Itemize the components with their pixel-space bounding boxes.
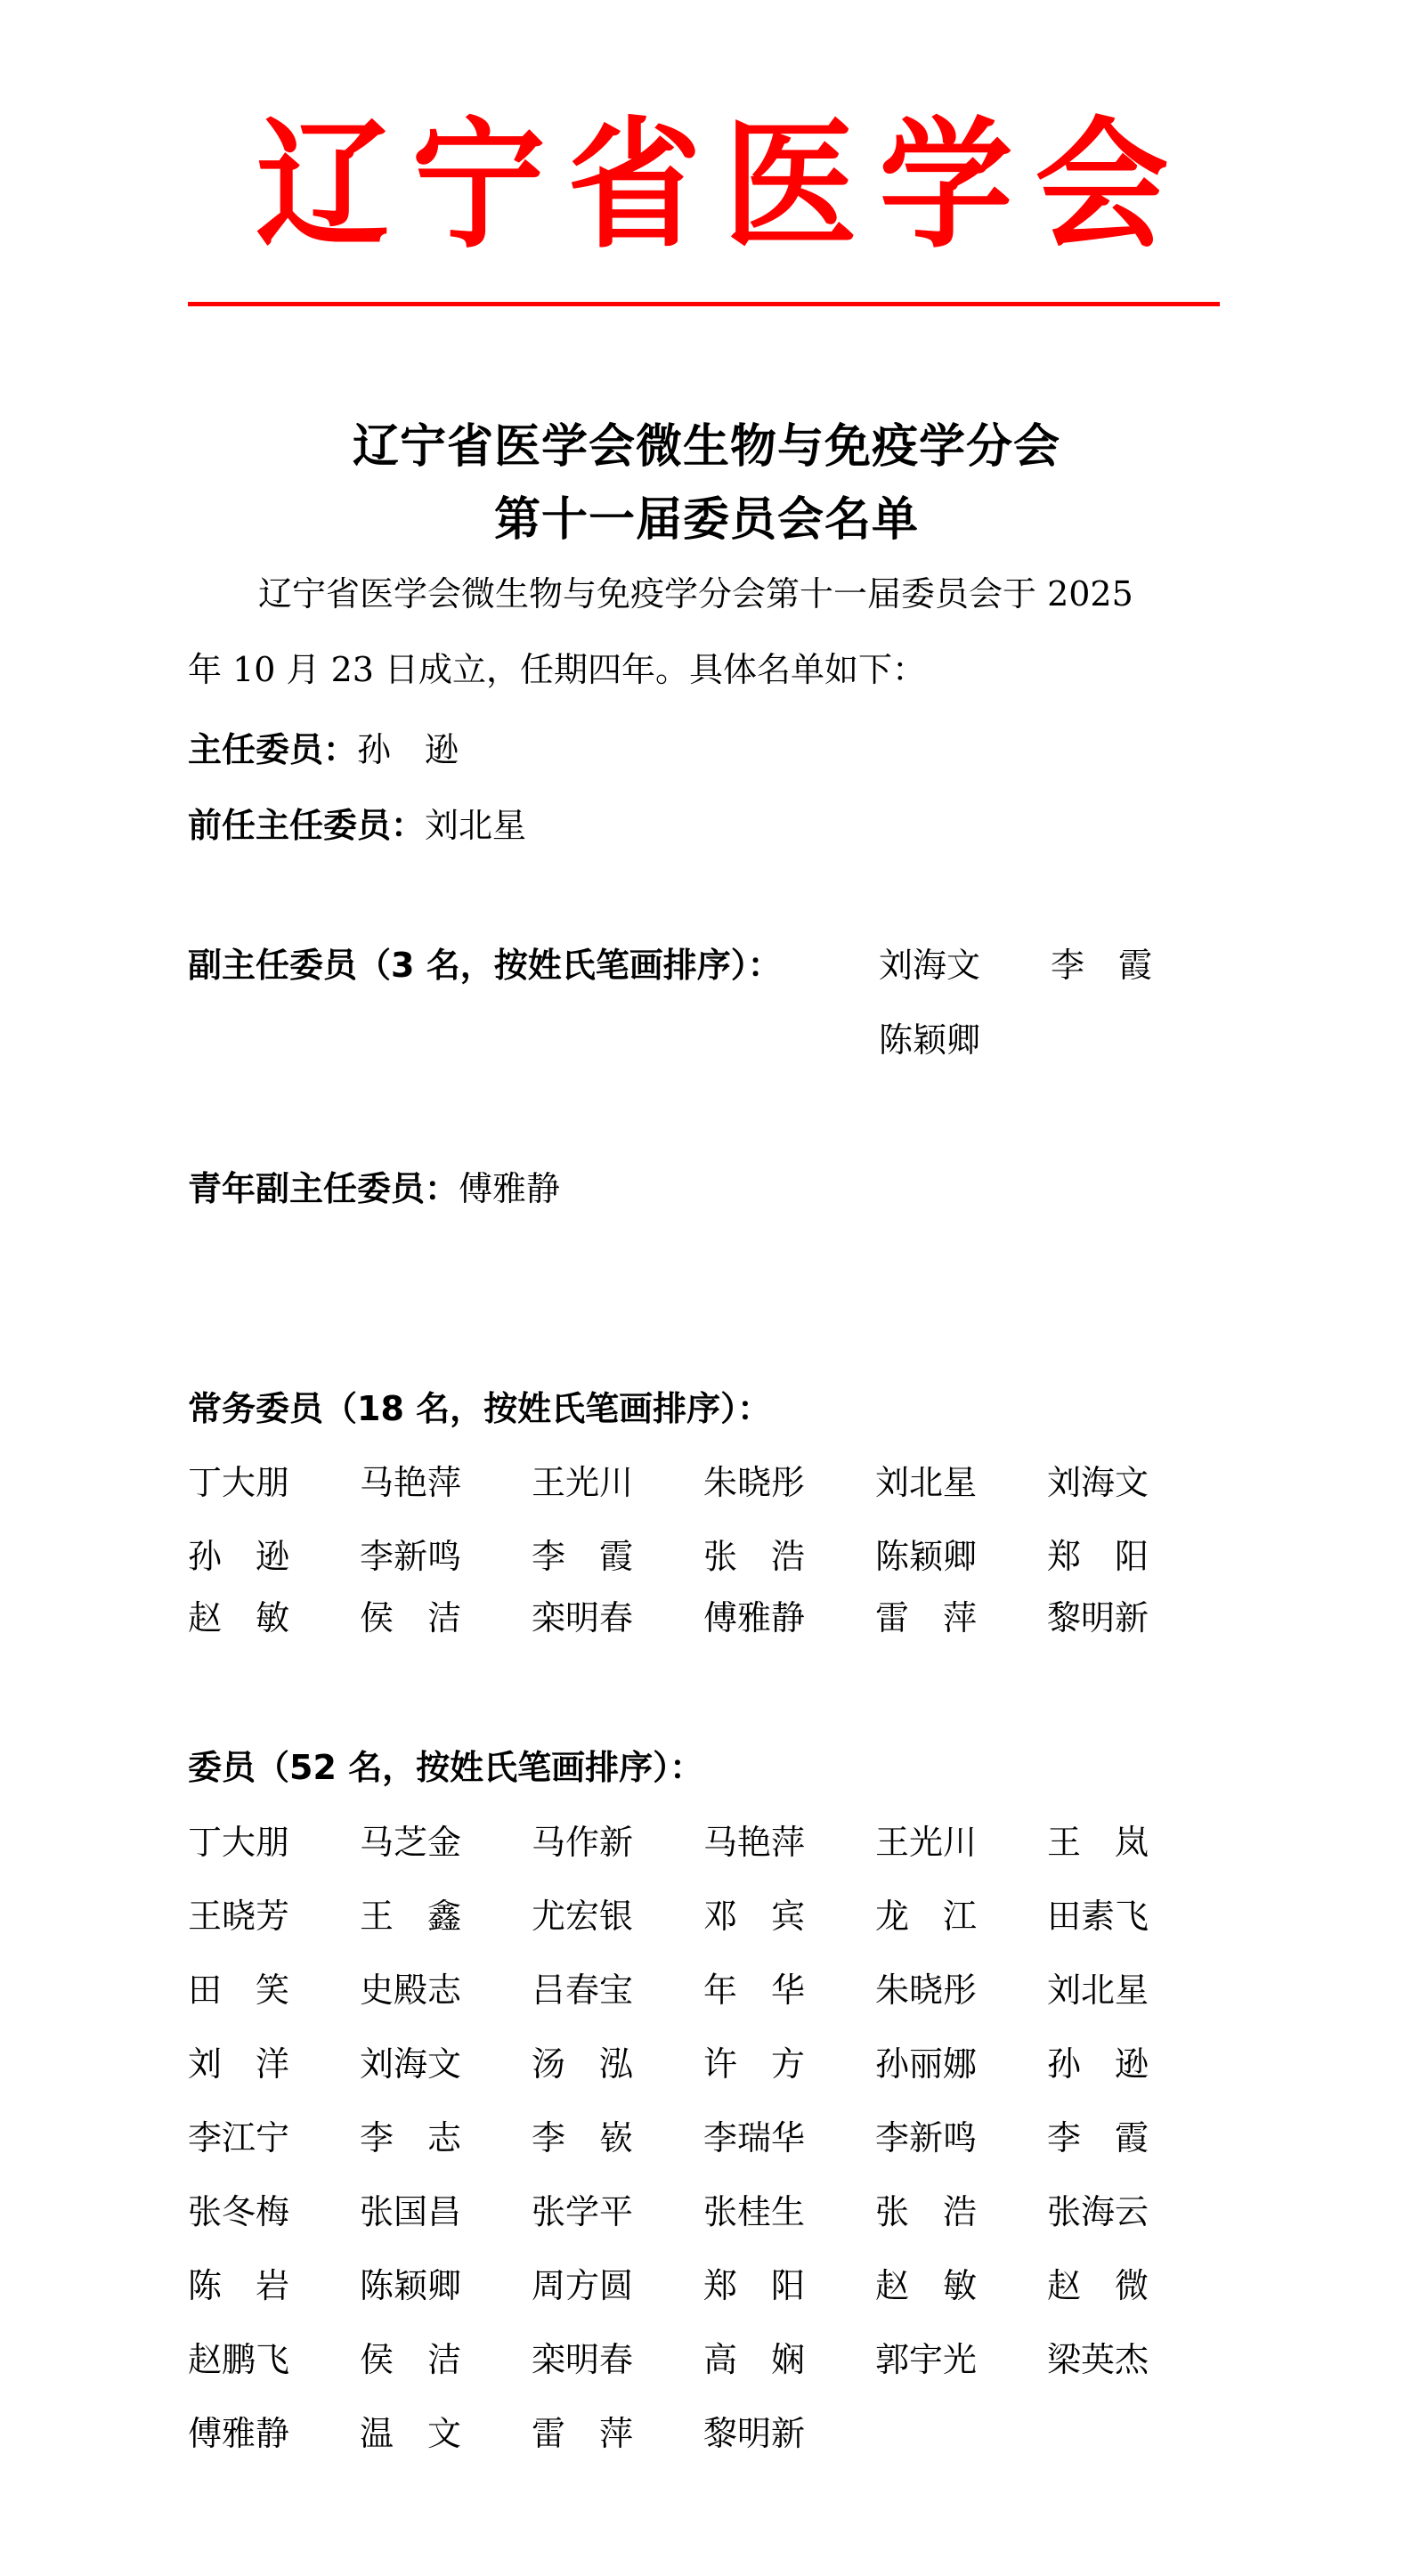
chair-name: 孙 逊 [357,730,459,769]
member-name: 赵鹏飞 [188,2340,330,2379]
member-name: 丁大朋 [188,1463,330,1502]
vice-chair-name: 刘海文 [879,946,980,985]
member-name: 栾明春 [532,2340,674,2379]
member-name: 张桂生 [703,2192,846,2231]
name-row: 陈 岩 陈颖卿 周方圆 郑 阳 赵 敏 赵 微 [188,2266,1256,2305]
document-title-line-2: 第十一届委员会名单 [0,488,1413,552]
standing-members-label-suffix: 名，按姓氏笔画排序）： [404,1388,771,1428]
standing-members-count: 18 [357,1389,404,1428]
member-name: 李 嵚 [532,2118,674,2158]
member-name: 黎明新 [1047,1598,1190,1637]
member-name: 张冬梅 [188,2192,330,2231]
member-name: 雷 萍 [532,2414,674,2453]
vice-chair-name: 李 霞 [1051,946,1152,985]
member-name: 侯 洁 [360,2340,502,2379]
member-name: 孙丽娜 [875,2044,1018,2084]
member-name: 李新鸣 [360,1537,502,1576]
name-row: 刘 洋 刘海文 汤 泓 许 方 孙丽娜 孙 逊 [188,2044,1256,2084]
intro-paragraph-line-1: 辽宁省医学会微生物与免疫学分会第十一届委员会于 2025 [258,574,1238,614]
member-name: 高 娴 [703,2340,846,2379]
member-name: 年 华 [703,1971,846,2010]
member-name: 朱晓彤 [703,1463,846,1502]
member-name: 吕春宝 [532,1971,674,2010]
vice-chairs-label-prefix: 副主任委员（ [188,945,391,985]
chair-label: 主任委员： [188,729,357,769]
member-name: 刘北星 [1047,1971,1190,2010]
name-row: 傅雅静 温 文 雷 萍 黎明新 [188,2414,1256,2453]
youth-vice-chair-row: 青年副主任委员：傅雅静 [188,1169,560,1208]
name-row: 丁大朋 马芝金 马作新 马艳萍 王光川 王 岚 [188,1823,1256,1862]
member-name: 王晓芳 [188,1897,330,1936]
members-label: 委员（52 名，按姓氏笔画排序）： [188,1747,703,1787]
member-name: 侯 洁 [360,1598,502,1637]
member-name: 丁大朋 [188,1823,330,1862]
masthead-char: 会 [1028,102,1175,270]
vice-chair-name: 陈颖卿 [879,1020,980,1060]
youth-vice-chair-label: 青年副主任委员： [188,1168,459,1208]
member-name: 刘海文 [360,2044,502,2084]
member-name: 马艳萍 [360,1463,502,1502]
masthead-char: 学 [873,102,1019,270]
masthead-divider [188,302,1220,306]
member-name: 马艳萍 [703,1823,846,1862]
member-name: 史殿志 [360,1971,502,2010]
member-name: 邓 宾 [703,1897,846,1936]
member-name: 李 志 [360,2118,502,2158]
youth-vice-chair-name: 傅雅静 [459,1169,560,1208]
member-name: 栾明春 [532,1598,674,1637]
masthead-char: 宁 [405,102,552,270]
name-row: 孙 逊 李新鸣 李 霞 张 浩 陈颖卿 郑 阳 [188,1537,1256,1576]
member-name: 朱晓彤 [875,1971,1018,2010]
vice-chairs-label: 副主任委员（3 名，按姓氏笔画排序）： [188,945,782,985]
former-chair-label: 前任主任委员： [188,805,425,845]
member-name: 傅雅静 [188,2414,330,2453]
masthead-logo-text: 辽 宁 省 医 学 会 [249,105,1175,265]
member-name: 刘海文 [1047,1463,1190,1502]
name-row: 王晓芳 王 鑫 尤宏银 邓 宾 龙 江 田素飞 [188,1897,1256,1936]
chair-row: 主任委员：孙 逊 [188,730,459,769]
member-name: 温 文 [360,2414,502,2453]
member-name: 张学平 [532,2192,674,2231]
member-name: 雷 萍 [875,1598,1018,1637]
member-name: 刘北星 [875,1463,1018,1502]
name-row: 赵鹏飞 侯 洁 栾明春 高 娴 郭宇光 梁英杰 [188,2340,1256,2379]
member-name: 李江宁 [188,2118,330,2158]
member-name: 马作新 [532,1823,674,1862]
member-name: 王光川 [875,1823,1018,1862]
name-row: 赵 敏 侯 洁 栾明春 傅雅静 雷 萍 黎明新 [188,1598,1256,1637]
member-name: 李瑞华 [703,2118,846,2158]
member-name: 张国昌 [360,2192,502,2231]
member-name: 郑 阳 [1047,1537,1190,1576]
masthead-char: 医 [717,102,864,270]
member-name: 田 笑 [188,1971,330,2010]
name-row: 丁大朋 马艳萍 王光川 朱晓彤 刘北星 刘海文 [188,1463,1256,1502]
former-chair-name: 刘北星 [425,806,526,845]
member-name: 尤宏银 [532,1897,674,1936]
member-name: 赵 微 [1047,2266,1190,2305]
member-name: 赵 敏 [188,1598,330,1637]
members-label-suffix: 名，按姓氏笔画排序）： [337,1747,703,1787]
member-name: 梁英杰 [1047,2340,1190,2379]
members-count: 52 [289,1748,337,1787]
member-name: 张 浩 [703,1537,846,1576]
member-name: 张 浩 [875,2192,1018,2231]
member-name: 郭宇光 [875,2340,1018,2379]
vice-chairs-label-suffix: 名，按姓氏笔画排序）： [414,945,781,985]
member-name: 田素飞 [1047,1897,1190,1936]
document-title-line-1: 辽宁省医学会微生物与免疫学分会 [0,415,1413,479]
members-label-prefix: 委员（ [188,1747,289,1787]
member-name: 陈 岩 [188,2266,330,2305]
member-name: 龙 江 [875,1897,1018,1936]
member-name: 刘 洋 [188,2044,330,2084]
member-name: 李 霞 [532,1537,674,1576]
member-name: 汤 泓 [532,2044,674,2084]
members-heading: 委员（52 名，按姓氏笔画排序）： [188,1748,703,1787]
vice-chairs-count: 3 [391,946,414,985]
name-row: 李江宁 李 志 李 嵚 李瑞华 李新鸣 李 霞 [188,2118,1256,2158]
member-name: 周方圆 [532,2266,674,2305]
member-name: 陈颖卿 [875,1537,1018,1576]
standing-members-heading: 常务委员（18 名，按姓氏笔画排序）： [188,1389,771,1428]
name-row: 张冬梅 张国昌 张学平 张桂生 张 浩 张海云 [188,2192,1256,2231]
intro-paragraph-line-2: 年 10 月 23 日成立，任期四年。具体名单如下： [188,650,1234,689]
member-name: 王光川 [532,1463,674,1502]
member-name: 傅雅静 [703,1598,846,1637]
standing-members-label: 常务委员（18 名，按姓氏笔画排序）： [188,1388,771,1428]
member-name: 许 方 [703,2044,846,2084]
member-name: 李新鸣 [875,2118,1018,2158]
member-name: 陈颖卿 [360,2266,502,2305]
member-name: 赵 敏 [875,2266,1018,2305]
vice-chairs-row: 副主任委员（3 名，按姓氏笔画排序）： [188,946,782,985]
member-name: 郑 阳 [703,2266,846,2305]
former-chair-row: 前任主任委员：刘北星 [188,806,526,845]
member-name: 孙 逊 [188,1537,330,1576]
member-name: 马芝金 [360,1823,502,1862]
name-row: 田 笑 史殿志 吕春宝 年 华 朱晓彤 刘北星 [188,1971,1256,2010]
standing-members-label-prefix: 常务委员（ [188,1388,357,1428]
member-name: 黎明新 [703,2414,846,2453]
member-name: 孙 逊 [1047,2044,1190,2084]
member-name: 张海云 [1047,2192,1190,2231]
masthead-char: 省 [561,102,708,270]
member-name: 王 鑫 [360,1897,502,1936]
member-name: 李 霞 [1047,2118,1190,2158]
member-name: 王 岚 [1047,1823,1190,1862]
masthead-char: 辽 [249,102,396,270]
